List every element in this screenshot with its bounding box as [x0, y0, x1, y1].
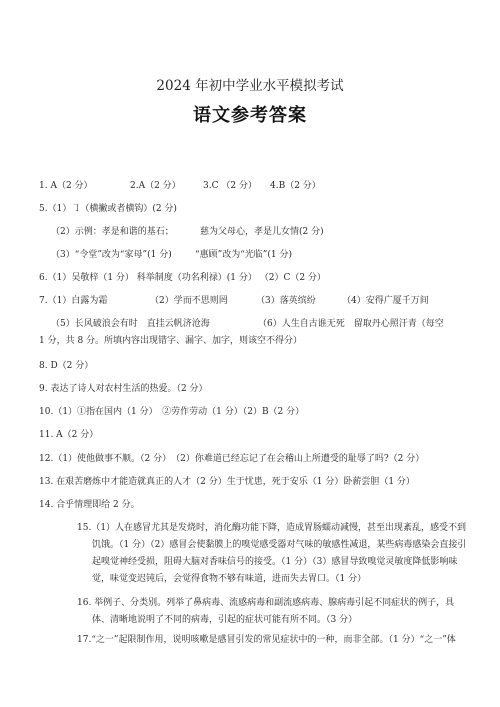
answer-q9: 9. 表达了诗人对农村生活的热爱。（2 分）: [39, 383, 208, 395]
answer-q16: 16. 举例子、分类别。列举了鼻病毒、流感病毒和副流感病毒、腺病毒引起不同症状的…: [77, 595, 467, 629]
answer-q5-3b: “惠顾”改为“光临”(1 分): [195, 249, 292, 261]
answer-q5-3a: （3）“令堂”改为“家母”(1 分): [51, 249, 172, 261]
answer-q17: 17.“之一”起限制作用，说明咳嗽是感冒引发的常见症状中的一种，而非全部。（1 …: [77, 634, 456, 646]
page-title: 语文参考答案: [0, 101, 500, 127]
answer-q7-1: 7.（1）白露为霜: [39, 295, 107, 307]
answer-q3: 3.C （2 分）: [203, 180, 257, 192]
answer-q7-2: （2）学而不思则罔: [150, 295, 228, 307]
answer-q15: 15.（1）人在感冒尤其是发烧时，消化酶功能下降，造成胃肠蠕动减慢，甚至出现紊乱…: [77, 520, 467, 588]
answer-q5-2a: （2）示例：孝是和谐的基石；: [51, 226, 174, 238]
answer-q5-2b: 慈为父母心，孝是儿女情(2 分): [200, 226, 324, 238]
answer-q7-6: （6）人生自古谁无死 留取丹心照汗青（每空: [258, 318, 444, 330]
answer-q7-5: （5）长风破浪会有时 直挂云帆济沧海: [51, 318, 210, 330]
answer-q5-1: 5.（1）㇆（横撇或者横钩）(2 分): [39, 203, 177, 215]
answer-q7-note: 1 分，共 8 分。所填内容出现错字、漏字、加字，则该空不得分）: [39, 335, 302, 347]
answer-q7-3: （3）落英缤纷: [256, 295, 316, 307]
answer-q14: 14. 合乎情理即给 2 分。: [39, 499, 140, 511]
exam-subtitle: 2024 年初中学业水平模拟考试: [0, 74, 500, 94]
answer-q1: 1. A（2 分）: [39, 180, 93, 192]
answer-q11: 11. A（2 分）: [39, 429, 98, 441]
answer-q13: 13. 在艰苦磨炼中才能造就真正的人才（2 分）生于忧患，死于安乐（1 分）卧薪…: [39, 476, 415, 488]
answer-q10: 10.（1）①指在国内（1 分） ②劳作劳动（1 分）（2）B（2 分）: [39, 406, 304, 418]
answer-q7-4: （4）安得广厦千万间: [342, 295, 429, 307]
answer-q12: 12.（1）使他做事不顺。（2 分） （2）你难道已经忘记了在会稽山上所遭受的耻…: [39, 453, 424, 465]
answer-key-page: 2024 年初中学业水平模拟考试 语文参考答案 1. A（2 分） 2.A（2 …: [0, 0, 500, 707]
answer-q8: 8. D（2 分）: [39, 360, 93, 372]
answer-q4: 4.B（2 分）: [270, 180, 321, 192]
answer-q2: 2.A（2 分）: [130, 180, 181, 192]
answer-q6: 6.（1）吴敬梓（1 分） 科举制度（功名利禄）(1 分） （2）C（2 分）: [39, 272, 326, 284]
